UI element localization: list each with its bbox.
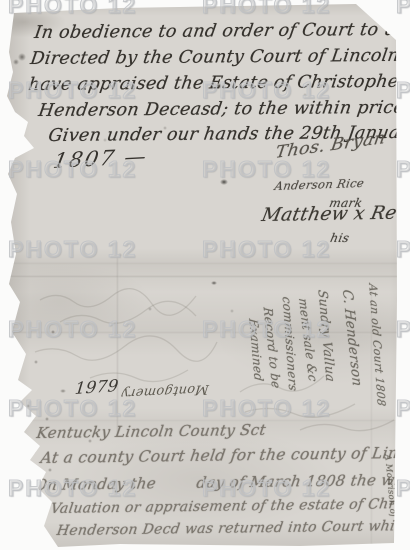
fold-crease — [117, 258, 119, 432]
fold-crease — [0, 276, 410, 278]
body-line-1: In obedience to and order of Court to us — [33, 20, 407, 43]
court-line-2: At a county Court held for the county of… — [39, 444, 410, 467]
photo12-watermark: PHOTO 12 — [396, 158, 410, 181]
docket-line-2: C. Henderson — [339, 289, 365, 387]
photo12-watermark: PHOTO 12 — [396, 79, 410, 102]
signature-matthew-rees: Matthew x Rees — [260, 202, 410, 226]
court-line-5: Henderson Decd was returned into Court w… — [56, 517, 410, 539]
photo12-watermark: PHOTO 12 — [396, 0, 410, 17]
his-word: his — [329, 231, 351, 245]
court-line-4: Valuation or appraisement of the estate … — [50, 495, 410, 517]
body-line-2: Directed by the County Court of Lincoln … — [29, 46, 410, 69]
court-line-1: Kentucky Lincoln County Sct — [35, 421, 267, 442]
archive-number: 1979 — [74, 376, 120, 398]
manuscript-paper: In obedience to and order of Court to us… — [0, 0, 410, 550]
body-line-4: Henderson Deceasd; to the within prices— — [37, 98, 410, 121]
court-line-3: On Monday the day of March 1808 the with… — [33, 470, 410, 494]
body-line-3: have appraised the Estate of Christopher — [27, 72, 409, 95]
photo12-watermark: PHOTO 12 — [396, 477, 410, 500]
signature-anderson-rice: Anderson Rice — [274, 176, 366, 193]
photo12-watermark: PHOTO 12 — [396, 238, 410, 261]
document-photo: In obedience to and order of Court to us… — [0, 0, 410, 550]
fold-crease — [0, 263, 410, 265]
docket-line-3: Sundry Vallua — [315, 289, 338, 382]
docket-line-1: At an old Court 1808 — [366, 283, 388, 407]
year-line: 1807 — — [51, 144, 150, 173]
upside-down-note: Montgomery — [120, 381, 209, 401]
photo12-watermark: PHOTO 12 — [396, 397, 410, 420]
photo12-watermark: PHOTO 12 — [396, 318, 410, 341]
